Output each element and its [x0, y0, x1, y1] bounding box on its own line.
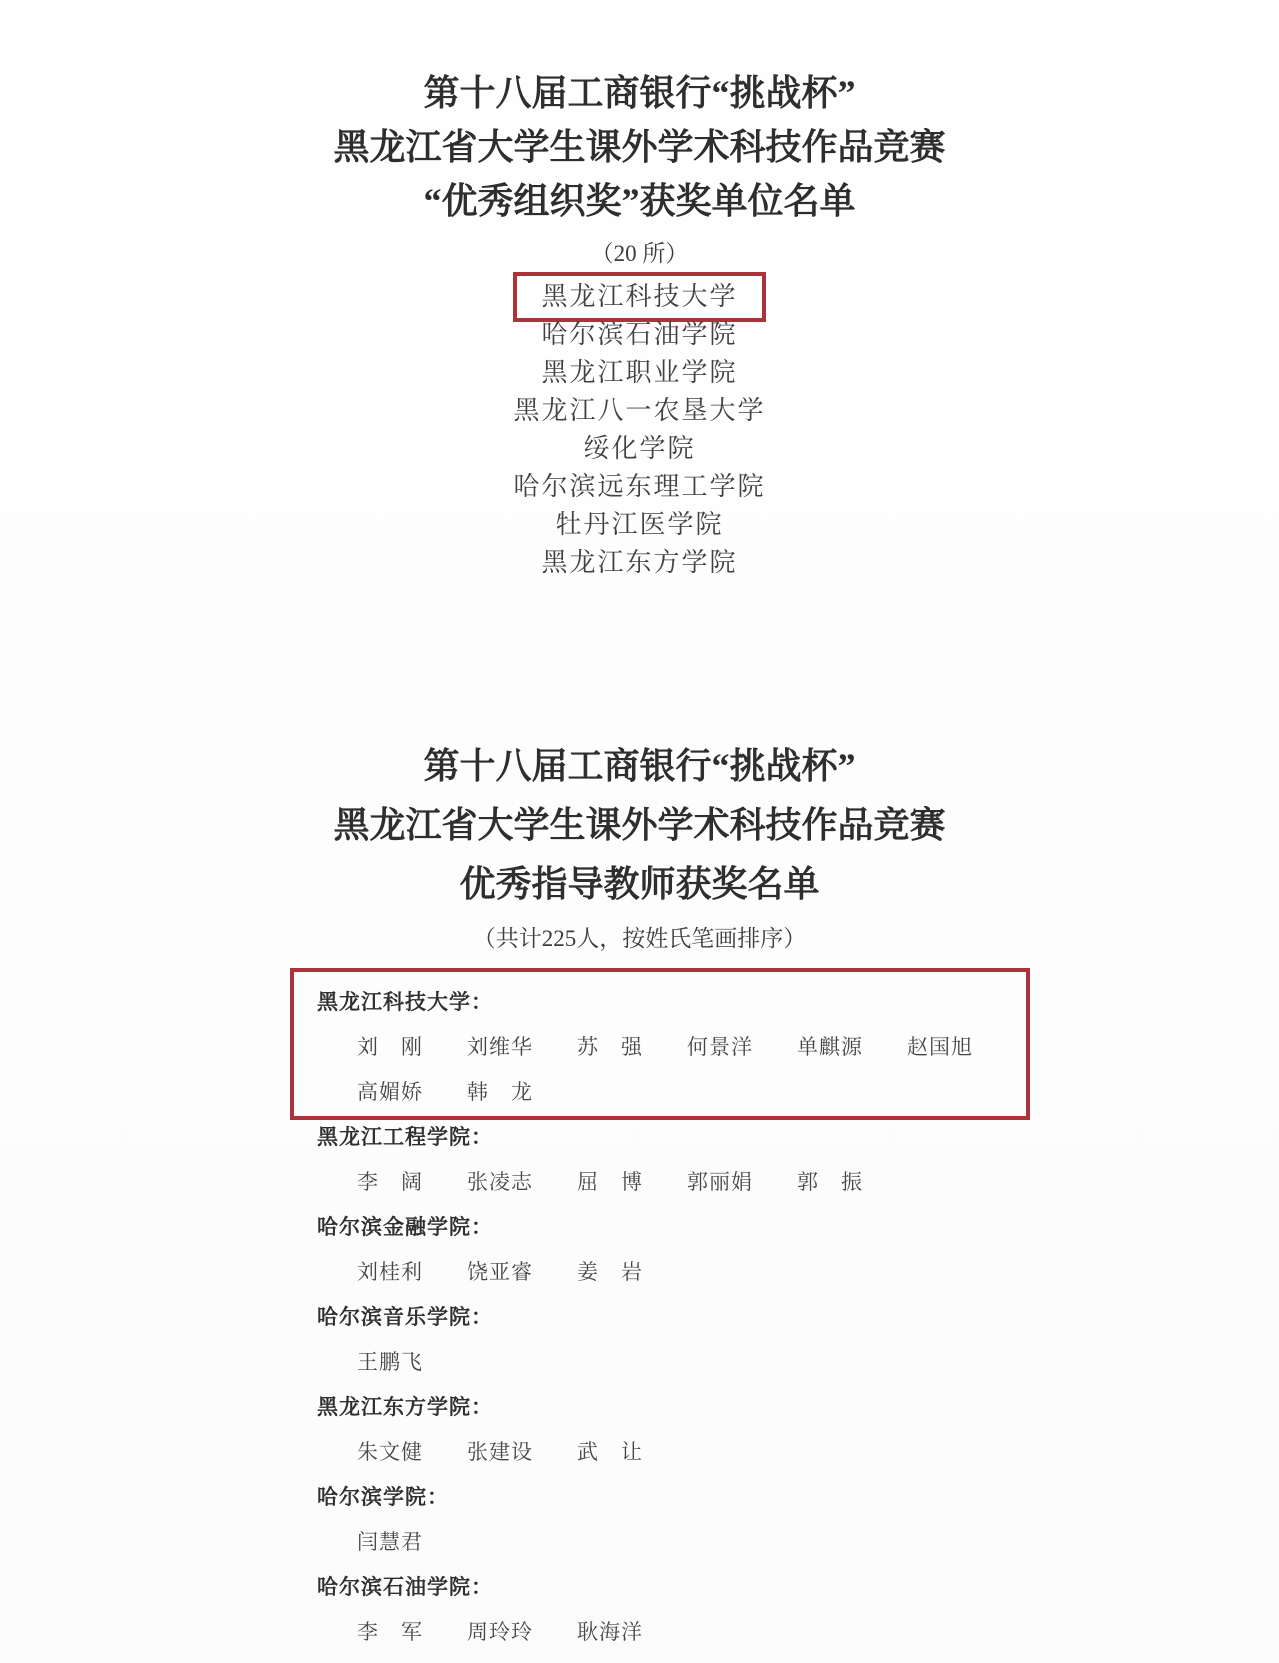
teacher-names-line: 李 军 周玲玲 耿海洋 — [317, 1610, 1279, 1655]
names-lines: 刘桂利 饶亚睿 姜 岩 — [317, 1250, 1279, 1295]
school-heading: 黑龙江工程学院： — [317, 1115, 1279, 1160]
school-heading: 黑龙江科技大学： — [317, 980, 1026, 1025]
teacher-names-line: 王鹏飞 — [317, 1340, 1279, 1385]
organization-name: 牡丹江医学院 — [555, 510, 723, 539]
scanned-document: 第十八届工商银行“挑战杯” 黑龙江省大学生课外学术科技作品竞赛 “优秀组织奖”获… — [0, 0, 1279, 1663]
organization-name: 黑龙江八一农垦大学 — [513, 396, 765, 425]
organization-item: 黑龙江八一农垦大学 — [0, 392, 1279, 430]
school-group: 哈尔滨音乐学院： 王鹏飞 — [0, 1295, 1279, 1385]
section1-title-line-2: 黑龙江省大学生课外学术科技作品竞赛 — [0, 120, 1279, 174]
organization-item: 黑龙江职业学院 — [0, 354, 1279, 392]
teacher-count-subtitle: （共计225人，按姓氏笔画排序） — [0, 922, 1279, 956]
organization-name: 绥化学院 — [583, 434, 695, 463]
organization-name: 黑龙江职业学院 — [541, 358, 737, 387]
school-group: 黑龙江工程学院： 李 阔 张凌志 屈 博 郭丽娟 郭 振 — [0, 1115, 1279, 1205]
organization-name: 哈尔滨远东理工学院 — [513, 472, 765, 501]
organization-item: 黑龙江东方学院 — [0, 544, 1279, 582]
section2-title: 第十八届工商银行“挑战杯” 黑龙江省大学生课外学术科技作品竞赛 优秀指导教师获奖… — [0, 737, 1279, 914]
school-group: 哈尔滨金融学院： 刘桂利 饶亚睿 姜 岩 — [0, 1205, 1279, 1295]
organization-item: 绥化学院 — [0, 430, 1279, 468]
organization-list: 黑龙江科技大学 哈尔滨石油学院 黑龙江职业学院 黑龙江八一农垦大学 绥化学院 哈… — [0, 278, 1279, 582]
school-group: 哈尔滨石油学院： 李 军 周玲玲 耿海洋 — [0, 1565, 1279, 1655]
organization-name: 黑龙江东方学院 — [541, 548, 737, 577]
teacher-names-line: 刘 刚 刘维华 苏 强 何景洋 单麒源 赵国旭 — [317, 1025, 1026, 1070]
school-group: 哈尔滨学院： 闫慧君 — [0, 1475, 1279, 1565]
organization-item: 黑龙江科技大学 — [0, 278, 1279, 316]
names-lines: 刘 刚 刘维华 苏 强 何景洋 单麒源 赵国旭高媚娇 韩 龙 — [317, 1025, 1026, 1115]
section2-title-line-3: 优秀指导教师获奖名单 — [0, 855, 1279, 914]
section2-title-line-2: 黑龙江省大学生课外学术科技作品竞赛 — [0, 796, 1279, 855]
teacher-names-line: 李 阔 张凌志 屈 博 郭丽娟 郭 振 — [317, 1160, 1279, 1205]
teacher-names-line: 高媚娇 韩 龙 — [317, 1070, 1026, 1115]
section2-title-line-1: 第十八届工商银行“挑战杯” — [0, 737, 1279, 796]
names-lines: 李 军 周玲玲 耿海洋 — [317, 1610, 1279, 1655]
teacher-groups: 黑龙江科技大学： 刘 刚 刘维华 苏 强 何景洋 单麒源 赵国旭高媚娇 韩 龙 … — [0, 968, 1279, 1655]
teacher-names-line: 闫慧君 — [317, 1520, 1279, 1565]
teacher-names-line: 朱文健 张建设 武 让 — [317, 1430, 1279, 1475]
names-lines: 李 阔 张凌志 屈 博 郭丽娟 郭 振 — [317, 1160, 1279, 1205]
section1-title-line-3: “优秀组织奖”获奖单位名单 — [0, 174, 1279, 228]
section-teacher-awards: 第十八届工商银行“挑战杯” 黑龙江省大学生课外学术科技作品竞赛 优秀指导教师获奖… — [0, 737, 1279, 1655]
school-heading: 哈尔滨学院： — [317, 1475, 1279, 1520]
school-heading: 哈尔滨音乐学院： — [317, 1295, 1279, 1340]
school-group: 黑龙江东方学院： 朱文健 张建设 武 让 — [0, 1385, 1279, 1475]
organization-item: 哈尔滨远东理工学院 — [0, 468, 1279, 506]
organization-item: 哈尔滨石油学院 — [0, 316, 1279, 354]
organization-name: 哈尔滨石油学院 — [541, 320, 737, 349]
names-lines: 闫慧君 — [317, 1520, 1279, 1565]
teacher-names-line: 刘桂利 饶亚睿 姜 岩 — [317, 1250, 1279, 1295]
names-lines: 朱文健 张建设 武 让 — [317, 1430, 1279, 1475]
school-heading: 哈尔滨金融学院： — [317, 1205, 1279, 1250]
school-group-highlighted: 黑龙江科技大学： 刘 刚 刘维华 苏 强 何景洋 单麒源 赵国旭高媚娇 韩 龙 — [290, 968, 1030, 1120]
section1-title: 第十八届工商银行“挑战杯” 黑龙江省大学生课外学术科技作品竞赛 “优秀组织奖”获… — [0, 66, 1279, 228]
section-organization-awards: 第十八届工商银行“挑战杯” 黑龙江省大学生课外学术科技作品竞赛 “优秀组织奖”获… — [0, 0, 1279, 582]
school-heading: 黑龙江东方学院： — [317, 1385, 1279, 1430]
organization-name-highlighted: 黑龙江科技大学 — [513, 272, 765, 322]
section1-title-line-1: 第十八届工商银行“挑战杯” — [0, 66, 1279, 120]
organization-count-label: （20 所） — [0, 234, 1279, 274]
names-lines: 王鹏飞 — [317, 1340, 1279, 1385]
school-heading: 哈尔滨石油学院： — [317, 1565, 1279, 1610]
organization-item: 牡丹江医学院 — [0, 506, 1279, 544]
